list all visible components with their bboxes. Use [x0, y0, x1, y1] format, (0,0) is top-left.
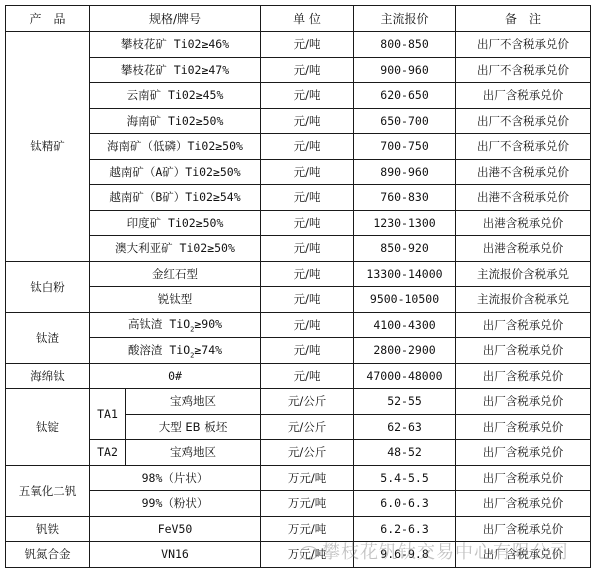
note-cell: 出厂含税承兑价 [456, 363, 591, 389]
unit-cell: 元/吨 [261, 261, 354, 287]
price-table: 产 品 规格/牌号 单 位 主流报价 备 注 钛精矿 攀枝花矿 Ti02≥46%… [5, 5, 591, 568]
category-cell: 海绵钛 [6, 363, 90, 389]
spec-cell: 海南矿（低磷）Ti02≥50% [90, 134, 261, 160]
price-cell: 6.0-6.3 [354, 491, 456, 517]
price-cell: 9500-10500 [354, 287, 456, 313]
unit-cell: 元/吨 [261, 185, 354, 211]
spec-cell: 金红石型 [90, 261, 261, 287]
spec-prefix: 高钛渣 TiO [128, 317, 190, 331]
grade-cell: TA2 [90, 440, 126, 466]
note-cell: 出港不含税承兑价 [456, 185, 591, 211]
category-cell: 钒铁 [6, 516, 90, 542]
unit-cell: 万元/吨 [261, 465, 354, 491]
note-cell: 出厂含税承兑价 [456, 83, 591, 109]
spec-cell: VN16 [90, 542, 261, 568]
unit-cell: 元/吨 [261, 83, 354, 109]
spec-cell: 0# [90, 363, 261, 389]
price-cell: 4100-4300 [354, 312, 456, 338]
note-cell: 出厂含税承兑价 [456, 338, 591, 364]
header-unit: 单 位 [261, 6, 354, 32]
unit-cell: 元/吨 [261, 108, 354, 134]
unit-cell: 元/吨 [261, 210, 354, 236]
note-cell: 出厂含税承兑价 [456, 414, 591, 440]
note-cell: 出厂含税承兑价 [456, 440, 591, 466]
unit-cell: 元/吨 [261, 312, 354, 338]
note-cell: 出港含税承兑价 [456, 210, 591, 236]
table-row: 钛精矿 攀枝花矿 Ti02≥46% 元/吨 800-850 出厂不含税承兑价 [6, 32, 591, 58]
category-cell: 钛精矿 [6, 32, 90, 262]
unit-cell: 元/吨 [261, 57, 354, 83]
table-row: 澳大利亚矿 Ti02≥50% 元/吨 850-920 出港含税承兑价 [6, 236, 591, 262]
note-cell: 出港不含税承兑价 [456, 159, 591, 185]
spec-cell: 攀枝花矿 Ti02≥47% [90, 57, 261, 83]
note-cell: 出厂含税承兑价 [456, 491, 591, 517]
price-cell: 13300-14000 [354, 261, 456, 287]
spec-cell: 澳大利亚矿 Ti02≥50% [90, 236, 261, 262]
table-row: 攀枝花矿 Ti02≥47% 元/吨 900-960 出厂不含税承兑价 [6, 57, 591, 83]
price-cell: 62-63 [354, 414, 456, 440]
unit-cell: 万元/吨 [261, 516, 354, 542]
spec-cell: 99%（粉状） [90, 491, 261, 517]
unit-cell: 元/吨 [261, 236, 354, 262]
unit-cell: 元/公斤 [261, 414, 354, 440]
note-cell: 出厂含税承兑价 [456, 516, 591, 542]
table-row: 钛锭 TA1 宝鸡地区 元/公斤 52-55 出厂含税承兑价 [6, 389, 591, 415]
spec-suffix: ≥74% [194, 343, 222, 357]
unit-cell: 元/吨 [261, 134, 354, 160]
table-row: 海南矿 Ti02≥50% 元/吨 650-700 出厂不含税承兑价 [6, 108, 591, 134]
spec-cell: 攀枝花矿 Ti02≥46% [90, 32, 261, 58]
price-cell: 890-960 [354, 159, 456, 185]
spec-cell: 海南矿 Ti02≥50% [90, 108, 261, 134]
note-cell: 出厂不含税承兑价 [456, 108, 591, 134]
header-row: 产 品 规格/牌号 单 位 主流报价 备 注 [6, 6, 591, 32]
price-cell: 850-920 [354, 236, 456, 262]
note-cell: 出厂不含税承兑价 [456, 57, 591, 83]
spec-cell: 宝鸡地区 [126, 389, 261, 415]
unit-cell: 元/吨 [261, 287, 354, 313]
note-cell: 出厂不含税承兑价 [456, 134, 591, 160]
price-cell: 1230-1300 [354, 210, 456, 236]
table-row: 越南矿（A矿）Ti02≥50% 元/吨 890-960 出港不含税承兑价 [6, 159, 591, 185]
note-cell: 出厂含税承兑价 [456, 389, 591, 415]
note-cell: 出厂含税承兑价 [456, 465, 591, 491]
table-row: 酸溶渣 TiO2≥74% 元/吨 2800-2900 出厂含税承兑价 [6, 338, 591, 364]
table-row: 99%（粉状） 万元/吨 6.0-6.3 出厂含税承兑价 [6, 491, 591, 517]
note-cell: 主流报价含税承兑 [456, 287, 591, 313]
table-row: 钛渣 高钛渣 TiO2≥90% 元/吨 4100-4300 出厂含税承兑价 [6, 312, 591, 338]
unit-cell: 元/公斤 [261, 389, 354, 415]
category-cell: 钛锭 [6, 389, 90, 466]
table-row: 钒铁 FeV50 万元/吨 6.2-6.3 出厂含税承兑价 [6, 516, 591, 542]
table-row: 云南矿 Ti02≥45% 元/吨 620-650 出厂含税承兑价 [6, 83, 591, 109]
note-cell: 出厂不含税承兑价 [456, 32, 591, 58]
spec-cell: 印度矿 Ti02≥50% [90, 210, 261, 236]
price-cell: 900-960 [354, 57, 456, 83]
spec-cell: 越南矿（B矿）Ti02≥54% [90, 185, 261, 211]
note-cell: 出厂含税承兑价 [456, 312, 591, 338]
table-row: 海南矿（低磷）Ti02≥50% 元/吨 700-750 出厂不含税承兑价 [6, 134, 591, 160]
note-cell: 出港含税承兑价 [456, 236, 591, 262]
unit-cell: 万元/吨 [261, 542, 354, 568]
header-note: 备 注 [456, 6, 591, 32]
spec-cell: FeV50 [90, 516, 261, 542]
unit-cell: 元/吨 [261, 159, 354, 185]
note-cell: 主流报价含税承兑 [456, 261, 591, 287]
spec-cell: 大型 EB 板坯 [126, 414, 261, 440]
spec-suffix: ≥90% [194, 317, 222, 331]
header-spec: 规格/牌号 [90, 6, 261, 32]
price-cell: 760-830 [354, 185, 456, 211]
table-row: 钒氮合金 VN16 万元/吨 9.6-9.8 出厂含税承兑价 [6, 542, 591, 568]
category-cell: 钛渣 [6, 312, 90, 363]
table-row: 海绵钛 0# 元/吨 47000-48000 出厂含税承兑价 [6, 363, 591, 389]
unit-cell: 元/吨 [261, 338, 354, 364]
price-cell: 48-52 [354, 440, 456, 466]
spec-cell: 云南矿 Ti02≥45% [90, 83, 261, 109]
category-cell: 钒氮合金 [6, 542, 90, 568]
table-row: 印度矿 Ti02≥50% 元/吨 1230-1300 出港含税承兑价 [6, 210, 591, 236]
spec-cell: 越南矿（A矿）Ti02≥50% [90, 159, 261, 185]
table-row: TA2 宝鸡地区 元/公斤 48-52 出厂含税承兑价 [6, 440, 591, 466]
unit-cell: 元/吨 [261, 363, 354, 389]
price-cell: 800-850 [354, 32, 456, 58]
price-cell: 52-55 [354, 389, 456, 415]
spec-cell: 宝鸡地区 [126, 440, 261, 466]
category-cell: 五氧化二钒 [6, 465, 90, 516]
table-row: 钛白粉 金红石型 元/吨 13300-14000 主流报价含税承兑 [6, 261, 591, 287]
spec-cell: 高钛渣 TiO2≥90% [90, 312, 261, 338]
grade-cell: TA1 [90, 389, 126, 440]
price-cell: 2800-2900 [354, 338, 456, 364]
price-cell: 9.6-9.8 [354, 542, 456, 568]
price-cell: 620-650 [354, 83, 456, 109]
header-price: 主流报价 [354, 6, 456, 32]
category-cell: 钛白粉 [6, 261, 90, 312]
table-row: 五氧化二钒 98%（片状） 万元/吨 5.4-5.5 出厂含税承兑价 [6, 465, 591, 491]
price-cell: 5.4-5.5 [354, 465, 456, 491]
spec-prefix: 酸溶渣 TiO [128, 343, 190, 357]
price-cell: 700-750 [354, 134, 456, 160]
price-cell: 47000-48000 [354, 363, 456, 389]
spec-cell: 98%（片状） [90, 465, 261, 491]
spec-cell: 锐钛型 [90, 287, 261, 313]
price-cell: 650-700 [354, 108, 456, 134]
unit-cell: 万元/吨 [261, 491, 354, 517]
note-cell: 出厂含税承兑价 [456, 542, 591, 568]
table-row: 锐钛型 元/吨 9500-10500 主流报价含税承兑 [6, 287, 591, 313]
table-row: 越南矿（B矿）Ti02≥54% 元/吨 760-830 出港不含税承兑价 [6, 185, 591, 211]
header-product: 产 品 [6, 6, 90, 32]
spec-cell: 酸溶渣 TiO2≥74% [90, 338, 261, 364]
unit-cell: 元/公斤 [261, 440, 354, 466]
unit-cell: 元/吨 [261, 32, 354, 58]
price-cell: 6.2-6.3 [354, 516, 456, 542]
